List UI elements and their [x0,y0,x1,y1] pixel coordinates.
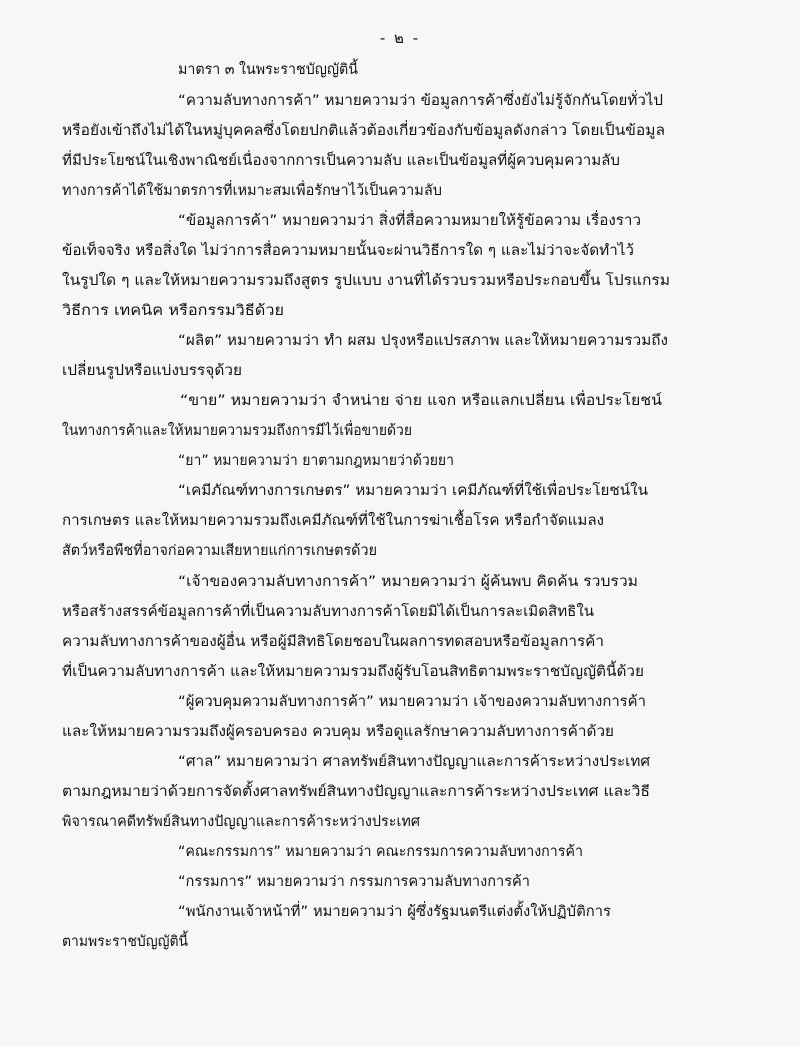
text-line: “เคมีภัณฑ์ทางการเกษตร” หมายความว่า เคมีภ… [178,480,648,502]
text-line: หรือยังเข้าถึงไม่ได้ในหมู่บุคคลซึ่งโดยปก… [62,120,665,142]
text-line: สัตว์หรือพืชที่อาจก่อความเสียหายแก่การเก… [62,540,377,562]
text-line: ตามพระราชบัญญัตินี้ [62,931,188,953]
text-line: ตามกฎหมายว่าด้วยการจัดตั้งศาลทรัพย์สินทา… [62,781,650,803]
text-line: “เจ้าของความลับทางการค้า” หมายความว่า ผู… [178,571,638,593]
text-line: ในรูปใด ๆ และให้หมายความรวมถึงสูตร รูปแบ… [62,270,670,292]
text-line: ข้อเท็จจริง หรือสิ่งใด ไม่ว่าการสื่อความ… [62,240,634,262]
text-line: และให้หมายความรวมถึงผู้ครอบครอง ควบคุม ห… [62,721,614,743]
text-line: ที่มีประโยชน์ในเชิงพาณิชย์เนื่องจากการเป… [62,150,620,172]
text-line: หรือสร้างสรรค์ข้อมูลการค้าที่เป็นความลับ… [62,601,594,623]
text-line: “คณะกรรมการ” หมายความว่า คณะกรรมการความล… [178,841,583,863]
text-line: “ผู้ควบคุมความลับทางการค้า” หมายความว่า … [178,691,646,713]
text-line: ในทางการค้าและให้หมายความรวมถึงการมีไว้เ… [62,420,412,442]
text-line: “ความลับทางการค้า” หมายความว่า ข้อมูลการ… [178,90,663,112]
text-line: “ขาย” หมายความว่า จำหน่าย จ่าย แจก หรือแ… [180,390,662,412]
text-line: เปลี่ยนรูปหรือแบ่งบรรจุด้วย [62,360,242,382]
text-line: ที่เป็นความลับทางการค้า และให้หมายความรว… [62,661,644,683]
text-line: ทางการค้าได้ใช้มาตรการที่เหมาะสมเพื่อรัก… [62,180,442,202]
text-line: “พนักงานเจ้าหน้าที่” หมายความว่า ผู้ซึ่ง… [178,901,611,923]
text-line: การเกษตร และให้หมายความรวมถึงเคมีภัณฑ์ที… [62,510,604,532]
section-heading: มาตรา ๓ ในพระราชบัญญัตินี้ [178,59,358,81]
text-line: ความลับทางการค้าของผู้อื่น หรือผู้มีสิทธ… [62,631,604,653]
text-line: “ข้อมูลการค้า” หมายความว่า สิ่งที่สื่อคว… [178,210,641,232]
text-line: “ศาล” หมายความว่า ศาลทรัพย์สินทางปัญญาแล… [178,751,650,773]
text-line: วิธีการ เทคนิค หรือกรรมวิธีด้วย [62,300,284,322]
text-line: “กรรมการ” หมายความว่า กรรมการความลับทางก… [178,871,530,893]
text-line: พิจารณาคดีทรัพย์สินทางปัญญาและการค้าระหว… [62,811,420,833]
page-number: - ๒ - [0,26,800,50]
text-line: “ยา” หมายความว่า ยาตามกฎหมายว่าด้วยยา [178,450,454,472]
text-line: “ผลิต” หมายความว่า ทำ ผสม ปรุงหรือแปรสภา… [178,330,668,352]
document-page: - ๒ - มาตรา ๓ ในพระราชบัญญัตินี้ “ความลั… [0,0,800,1046]
